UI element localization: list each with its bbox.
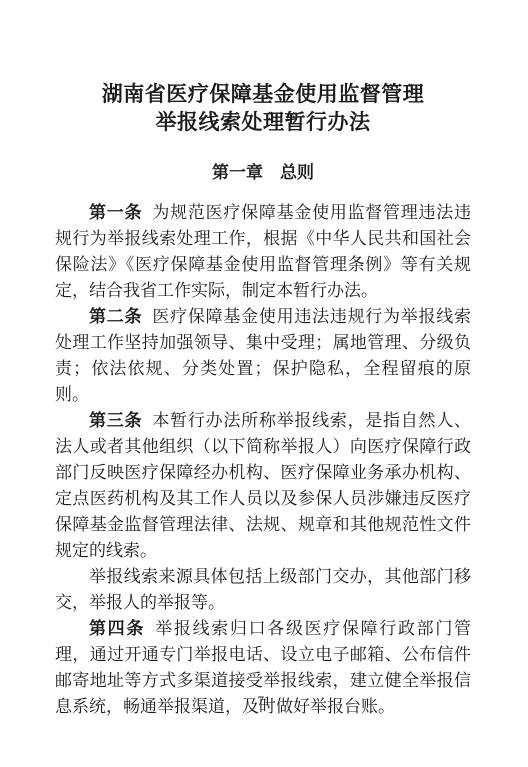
article-3b-text: 举报线索来源具体包括上级部门交办，其他部门移交，举报人的举报等。 (55, 567, 471, 612)
article-4-number: 第四条 (89, 619, 145, 638)
article-3-text: 本暂行办法所称举报线索，是指自然人、法人或者其他组织（以下简称举报人）向医疗保障… (55, 411, 471, 560)
page-number: 71 (0, 693, 528, 709)
document-page: 湖南省医疗保障基金使用监督管理 举报线索处理暂行办法 第一章 总则 第一条为规范… (0, 0, 528, 767)
article-1-number: 第一条 (89, 203, 142, 222)
article-paragraph-3: 第三条本暂行办法所称举报线索，是指自然人、法人或者其他组织（以下简称举报人）向医… (55, 408, 471, 564)
title-line-2: 举报线索处理暂行办法 (55, 108, 471, 136)
article-3-number: 第三条 (89, 411, 142, 430)
document-body: 第一条为规范医疗保障基金使用监督管理违法违规行为举报线索处理工作，根据《中华人民… (55, 200, 471, 720)
chapter-heading: 第一章 总则 (55, 163, 471, 183)
title-line-1: 湖南省医疗保障基金使用监督管理 (55, 80, 471, 108)
article-paragraph-1: 第一条为规范医疗保障基金使用监督管理违法违规行为举报线索处理工作，根据《中华人民… (55, 200, 471, 304)
document-title: 湖南省医疗保障基金使用监督管理 举报线索处理暂行办法 (55, 80, 471, 136)
article-paragraph-2: 第二条医疗保障基金使用违法违规行为举报线索处理工作坚持加强领导、集中受理；属地管… (55, 304, 471, 408)
article-3-continuation-paragraph: 举报线索来源具体包括上级部门交办，其他部门移交，举报人的举报等。 (55, 564, 471, 616)
article-2-number: 第二条 (89, 307, 142, 326)
